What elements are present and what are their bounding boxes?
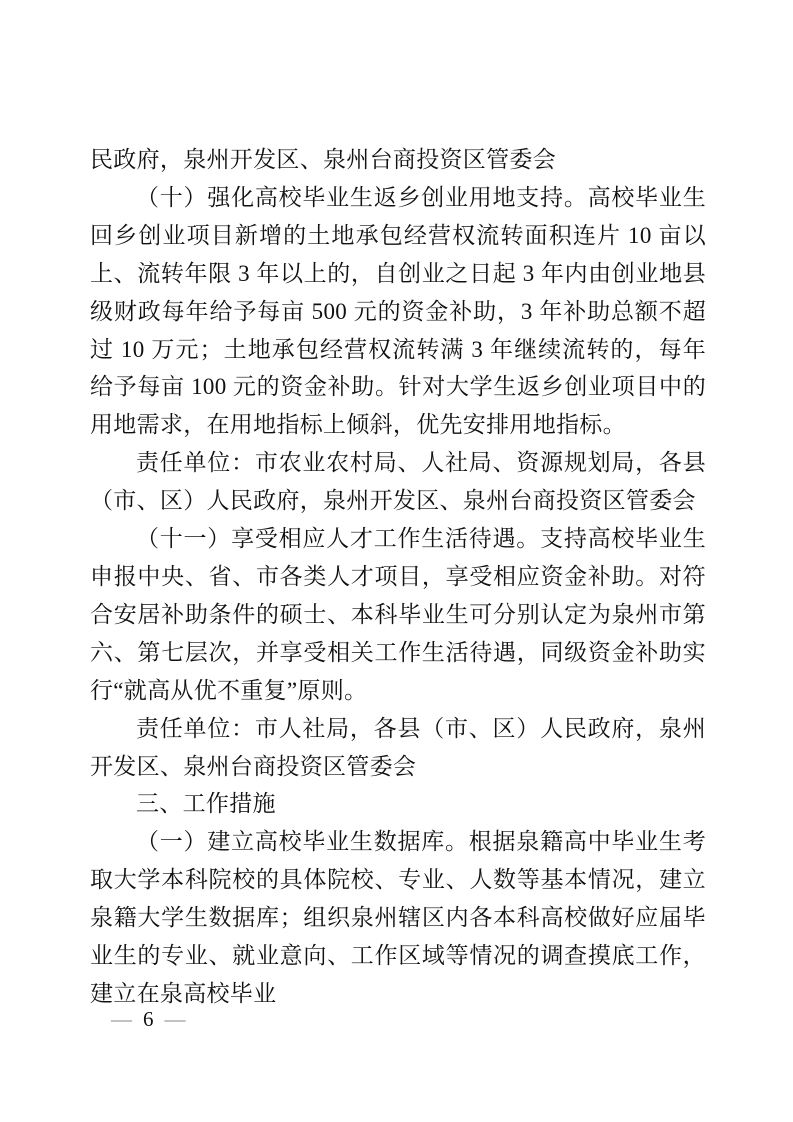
- paragraph-item-eleven-talent-benefits: （十一）享受相应人才工作生活待遇。支持高校毕业生申报中央、省、市各类人才项目，享…: [90, 520, 706, 710]
- footer-left-dash: —: [111, 1007, 132, 1031]
- page-number: 6: [143, 1007, 154, 1032]
- footer-right-dash: —: [165, 1007, 186, 1031]
- page-footer: —6—: [111, 1007, 186, 1032]
- document-page: 民政府，泉州开发区、泉州台商投资区管委会 （十）强化高校毕业生返乡创业用地支持。…: [0, 0, 793, 1122]
- paragraph-responsible-units-1: 责任单位：市农业农村局、人社局、资源规划局，各县（市、区）人民政府，泉州开发区、…: [90, 444, 706, 520]
- paragraph-item-one-graduate-database: （一）建立高校毕业生数据库。根据泉籍高中毕业生考取大学本科院校的具体院校、专业、…: [90, 823, 706, 1013]
- paragraph-item-ten-land-support: （十）强化高校毕业生返乡创业用地支持。高校毕业生回乡创业项目新增的土地承包经营权…: [90, 179, 706, 444]
- paragraph-continued-from-previous-page: 民政府，泉州开发区、泉州台商投资区管委会: [90, 141, 706, 179]
- heading-section-three-work-measures: 三、工作措施: [90, 785, 706, 823]
- paragraph-responsible-units-2: 责任单位：市人社局，各县（市、区）人民政府，泉州开发区、泉州台商投资区管委会: [90, 710, 706, 786]
- document-body: 民政府，泉州开发区、泉州台商投资区管委会 （十）强化高校毕业生返乡创业用地支持。…: [90, 141, 706, 1013]
